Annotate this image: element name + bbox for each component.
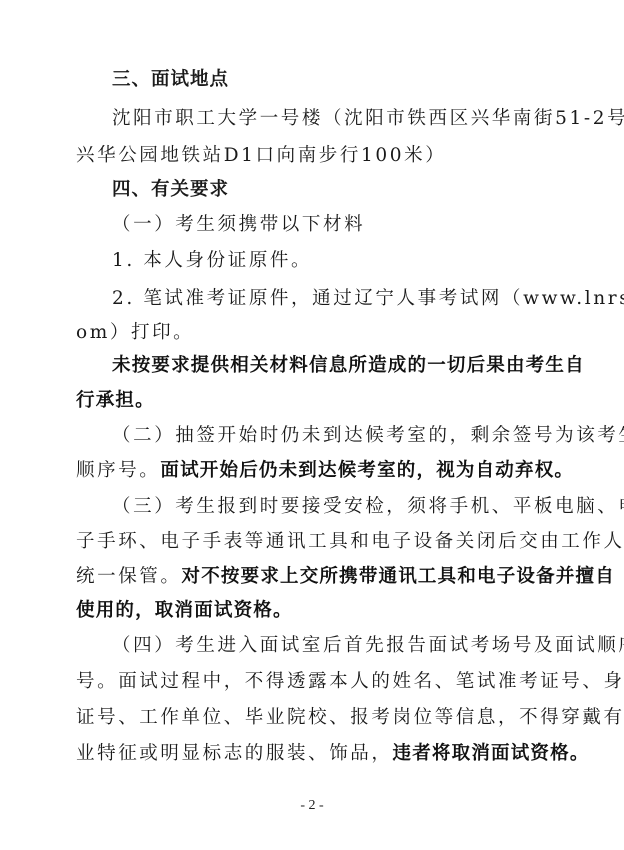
item1-title: （一）考生须携带以下材料 <box>112 212 548 238</box>
page-number: - 2 - <box>0 798 624 814</box>
location-line-1: 沈阳市职工大学一号楼（沈阳市铁西区兴华南街51-2号， <box>112 106 548 132</box>
item4-line4: 业特征或明显标志的服装、饰品，违者将取消面试资格。 <box>76 741 548 767</box>
item3-line3-normal: 统一保管。 <box>76 566 182 587</box>
item4-line3: 证号、工作单位、毕业院校、报考岗位等信息，不得穿戴有职 <box>76 705 548 731</box>
section4-heading: 四、有关要求 <box>112 177 548 203</box>
location-line-2: 兴华公园地铁站D1口向南步行100米） <box>76 143 548 169</box>
item4-line4-normal: 业特征或明显标志的服装、饰品， <box>76 743 393 764</box>
item3-line3-bold: 对不按要求上交所携带通讯工具和电子设备并擅自 <box>182 566 615 587</box>
item1-point2-line1: 2. 笔试准考证原件，通过辽宁人事考试网（www.lnrsks.c <box>112 286 548 312</box>
item3-line2: 子手环、电子手表等通讯工具和电子设备关闭后交由工作人员 <box>76 529 548 555</box>
item3-line4: 使用的，取消面试资格。 <box>76 598 548 624</box>
item4-line1: （四）考生进入面试室后首先报告面试考场号及面试顺序 <box>112 633 548 659</box>
item4-line4-bold: 违者将取消面试资格。 <box>393 743 590 764</box>
item2-line2-normal: 顺序号。 <box>76 460 160 481</box>
item1-point2-line2: om）打印。 <box>76 320 548 346</box>
item1-warning-line2: 行承担。 <box>76 388 548 414</box>
item2-line2-bold: 面试开始后仍未到达候考室的，视为自动弃权。 <box>160 460 574 481</box>
section3-heading: 三、面试地点 <box>112 67 548 93</box>
item3-line3: 统一保管。对不按要求上交所携带通讯工具和电子设备并擅自 <box>76 564 548 590</box>
item2-line1: （二）抽签开始时仍未到达候考室的，剩余签号为该考生 <box>112 423 548 449</box>
item1-warning-line1: 未按要求提供相关材料信息所造成的一切后果由考生自 <box>112 353 548 379</box>
item1-point1: 1. 本人身份证原件。 <box>112 248 548 274</box>
document-page: 三、面试地点 沈阳市职工大学一号楼（沈阳市铁西区兴华南街51-2号， 兴华公园地… <box>0 0 624 850</box>
item3-line1: （三）考生报到时要接受安检，须将手机、平板电脑、电 <box>112 494 548 520</box>
item4-line2: 号。面试过程中，不得透露本人的姓名、笔试准考证号、身份 <box>76 669 548 695</box>
item2-line2: 顺序号。面试开始后仍未到达候考室的，视为自动弃权。 <box>76 458 548 484</box>
